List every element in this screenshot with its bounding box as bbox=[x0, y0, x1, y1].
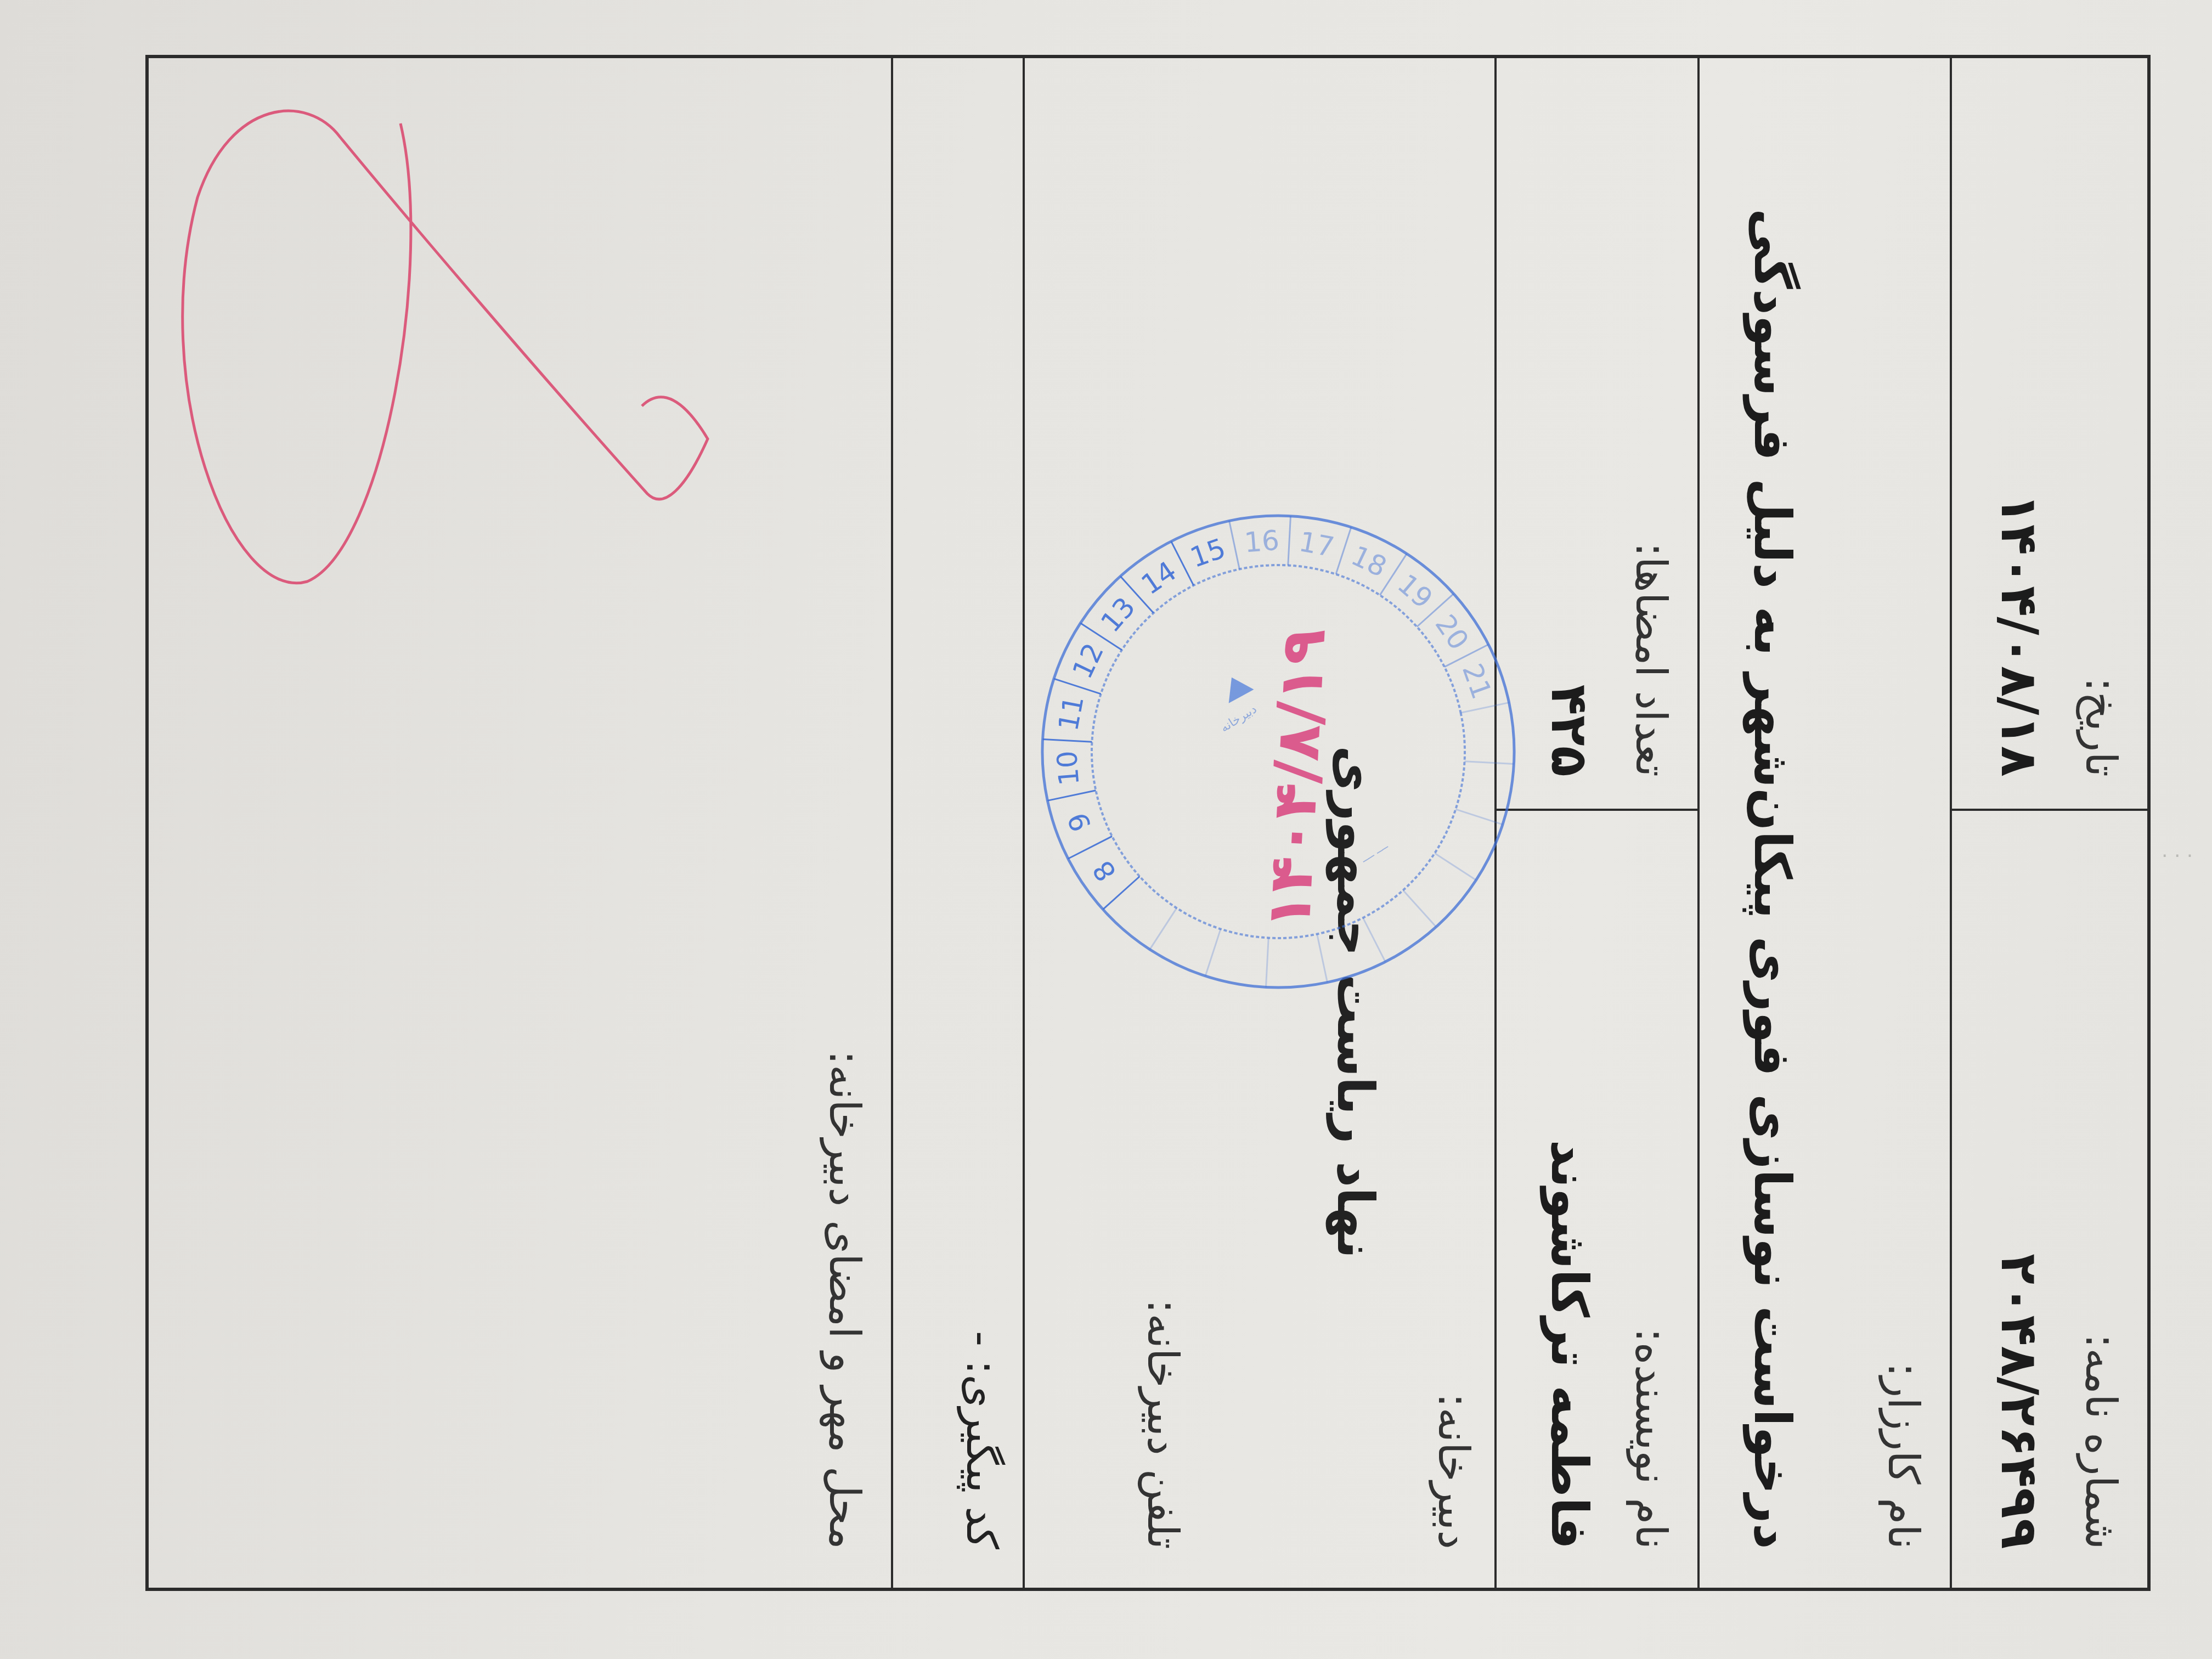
svg-text:20: 20 bbox=[1429, 609, 1475, 656]
tracking-label: کد پیگیری: bbox=[957, 1360, 1006, 1549]
svg-text:17: 17 bbox=[1296, 526, 1336, 563]
paper-edge-mark: · · · bbox=[2162, 845, 2193, 867]
author-value: فاطمه ترکاشوند bbox=[1540, 849, 1599, 1549]
signatures-label: تعداد امضاها: bbox=[1626, 97, 1675, 777]
letter-number-cell: شماره نامه: ۲۰۴۸/۲۶۴۹۹ bbox=[1952, 809, 2147, 1588]
secretariat-label: دبیرخانه: bbox=[1429, 1393, 1478, 1549]
svg-text:9: 9 bbox=[1062, 809, 1097, 836]
secretariat-phone-label: تلفن دبیرخانه: bbox=[1138, 1299, 1187, 1549]
date-stamp: 89101112131415161718192021 دبیرخانه ــــ… bbox=[985, 459, 1571, 1044]
date-cell: تاریخ: ۱۴۰۴/۰۸/۱۸ bbox=[1952, 58, 2147, 815]
svg-text:21: 21 bbox=[1456, 659, 1498, 703]
author-label: نام نویسنده: bbox=[1626, 849, 1675, 1549]
campaign-cell: نام کارزار: درخواست نوسازی فوری پیکان‌شه… bbox=[1700, 58, 1950, 1588]
seal-label: محل مهر و امضای دبیرخانه: bbox=[820, 97, 869, 1549]
svg-text:15: 15 bbox=[1186, 532, 1229, 574]
svg-text:ــــ ــــ: ــــ ــــ bbox=[1357, 838, 1390, 865]
svg-text:10: 10 bbox=[1051, 749, 1086, 787]
tracking-cell: کد پیگیری: - bbox=[893, 58, 1023, 1588]
campaign-label: نام کارزار: bbox=[1878, 97, 1928, 1549]
tracking-value: - bbox=[957, 1331, 1006, 1346]
row-number-date: شماره نامه: ۲۰۴۸/۲۶۴۹۹ تاریخ: ۱۴۰۴/۰۸/۱۸ bbox=[1950, 58, 2147, 1588]
signatures-value: ۴۲۵ bbox=[1540, 97, 1599, 777]
signatures-cell: تعداد امضاها: ۴۲۵ bbox=[1497, 58, 1697, 815]
date-label: تاریخ: bbox=[2076, 97, 2125, 777]
campaign-value: درخواست نوسازی فوری پیکان‌شهر به دلیل فر… bbox=[1743, 97, 1851, 1549]
row-tracking: کد پیگیری: - bbox=[891, 58, 1023, 1588]
letter-number-label: شماره نامه: bbox=[2076, 849, 2125, 1549]
seal-cell: محل مهر و امضای دبیرخانه: bbox=[149, 58, 891, 1588]
svg-text:دبیرخانه: دبیرخانه bbox=[1218, 702, 1259, 735]
svg-text:8: 8 bbox=[1087, 855, 1123, 887]
svg-text:16: 16 bbox=[1243, 524, 1280, 559]
svg-text:12: 12 bbox=[1066, 638, 1110, 683]
svg-text:18: 18 bbox=[1346, 540, 1391, 584]
date-value: ۱۴۰۴/۰۸/۱۸ bbox=[1990, 97, 2049, 777]
svg-text:11: 11 bbox=[1052, 693, 1090, 733]
letter-number-value: ۲۰۴۸/۲۶۴۹۹ bbox=[1990, 849, 2049, 1549]
stamp-date: ۱۴۰۴/۸/۱۹ bbox=[1253, 627, 1339, 932]
row-campaign: نام کارزار: درخواست نوسازی فوری پیکان‌شه… bbox=[1697, 58, 1950, 1588]
row-seal: محل مهر و امضای دبیرخانه: bbox=[149, 58, 891, 1588]
svg-text:14: 14 bbox=[1136, 555, 1182, 601]
svg-text:19: 19 bbox=[1391, 568, 1438, 614]
